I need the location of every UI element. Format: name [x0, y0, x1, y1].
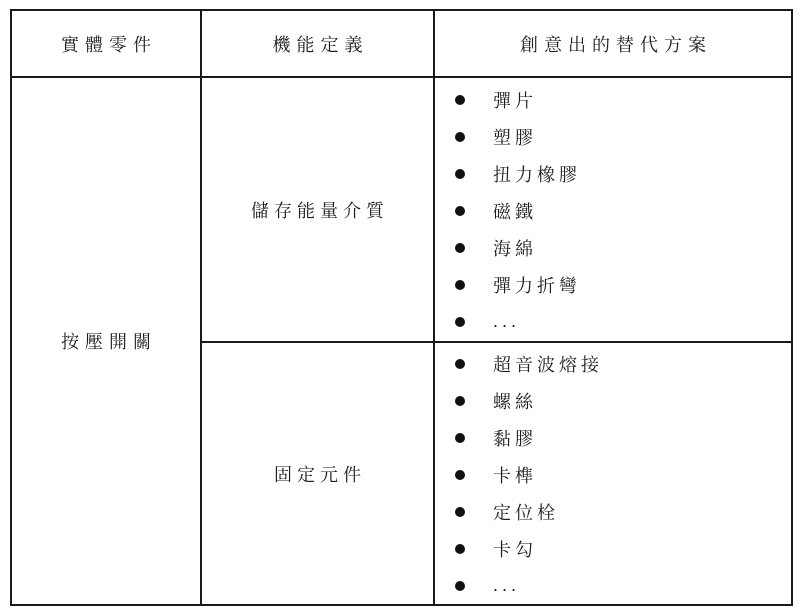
- function-cell-energy-storage: 儲存能量介質: [201, 77, 434, 342]
- alternative-label: 扭力橡膠: [493, 161, 581, 187]
- bullet-icon: [455, 544, 465, 554]
- alternative-label: 卡勾: [493, 536, 537, 562]
- bullet-icon: [455, 507, 465, 517]
- bullet-icon: [455, 396, 465, 406]
- alternative-item: ...: [455, 567, 791, 604]
- alternative-label: 彈片: [493, 87, 537, 113]
- alternative-item: 黏膠: [455, 419, 791, 456]
- alternative-item: 定位栓: [455, 493, 791, 530]
- header-creative-alternatives: 創意出的替代方案: [434, 10, 792, 77]
- alternative-label: ...: [493, 311, 520, 332]
- bullet-icon: [455, 317, 465, 327]
- alternative-label: 海綿: [493, 235, 537, 261]
- alternative-label: ...: [493, 575, 520, 596]
- bullet-icon: [455, 132, 465, 142]
- alternative-label: 卡榫: [493, 462, 537, 488]
- alternative-label: 螺絲: [493, 388, 537, 414]
- alternative-item: 塑膠: [455, 118, 791, 155]
- alternatives-list: 彈片塑膠扭力橡膠磁鐵海綿彈力折彎...: [435, 79, 791, 340]
- header-function-definition: 機能定義: [201, 10, 434, 77]
- alternative-label: 黏膠: [493, 425, 537, 451]
- bullet-icon: [455, 359, 465, 369]
- alternative-label: 彈力折彎: [493, 272, 581, 298]
- bullet-icon: [455, 433, 465, 443]
- alternative-label: 磁鐵: [493, 198, 537, 224]
- alternative-label: 定位栓: [493, 499, 559, 525]
- alternative-item: 卡勾: [455, 530, 791, 567]
- alternative-item: 彈片: [455, 81, 791, 118]
- alternative-label: 超音波熔接: [493, 351, 603, 377]
- bullet-icon: [455, 581, 465, 591]
- header-physical-part: 實體零件: [11, 10, 201, 77]
- bullet-icon: [455, 95, 465, 105]
- bullet-icon: [455, 169, 465, 179]
- alternative-label: 塑膠: [493, 124, 537, 150]
- alternatives-cell-energy-storage: 彈片塑膠扭力橡膠磁鐵海綿彈力折彎...: [434, 77, 792, 342]
- table: 實體零件 機能定義 創意出的替代方案 按壓開關 儲存能量介質 彈片塑膠扭力橡膠磁…: [10, 9, 793, 606]
- bullet-icon: [455, 470, 465, 480]
- header-row: 實體零件 機能定義 創意出的替代方案: [11, 10, 792, 77]
- part-name-cell: 按壓開關: [11, 77, 201, 605]
- alternative-item: 彈力折彎: [455, 266, 791, 303]
- table-row: 按壓開關 儲存能量介質 彈片塑膠扭力橡膠磁鐵海綿彈力折彎...: [11, 77, 792, 342]
- function-cell-fastening: 固定元件: [201, 342, 434, 605]
- alternative-item: 超音波熔接: [455, 345, 791, 382]
- alternative-item: 卡榫: [455, 456, 791, 493]
- bullet-icon: [455, 280, 465, 290]
- alternatives-list: 超音波熔接螺絲黏膠卡榫定位栓卡勾...: [435, 343, 791, 604]
- alternative-item: 螺絲: [455, 382, 791, 419]
- alternative-item: 扭力橡膠: [455, 155, 791, 192]
- alternative-item: 磁鐵: [455, 192, 791, 229]
- alternative-item: 海綿: [455, 229, 791, 266]
- bullet-icon: [455, 206, 465, 216]
- alternatives-cell-fastening: 超音波熔接螺絲黏膠卡榫定位栓卡勾...: [434, 342, 792, 605]
- alternative-item: ...: [455, 303, 791, 340]
- morphological-analysis-table: 實體零件 機能定義 創意出的替代方案 按壓開關 儲存能量介質 彈片塑膠扭力橡膠磁…: [10, 9, 793, 606]
- bullet-icon: [455, 243, 465, 253]
